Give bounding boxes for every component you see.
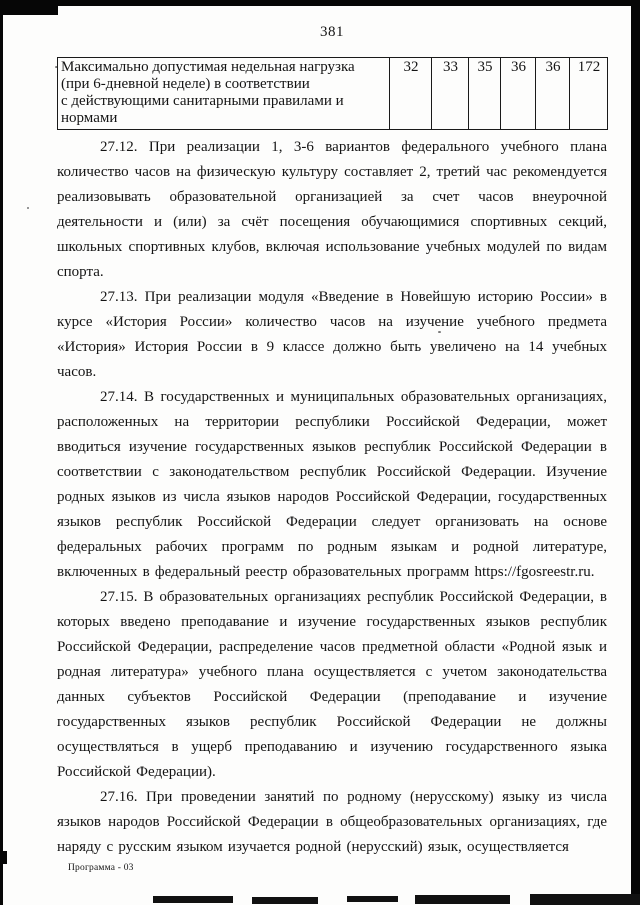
scan-edge-top-left xyxy=(0,0,58,15)
scan-edge-left xyxy=(0,0,3,905)
scan-edge-top xyxy=(0,0,640,6)
table-value-cell: 33 xyxy=(432,58,469,130)
footer-code: Программа - 03 xyxy=(68,863,134,873)
page-content: 381 Максимально допустимая недельная наг… xyxy=(57,24,607,860)
scan-edge-bottom-segment xyxy=(347,896,398,902)
table-value-cell: 36 xyxy=(501,58,536,130)
table-row: Максимально допустимая недельная нагрузк… xyxy=(58,58,608,130)
table-label-line: Максимально допустимая недельная нагрузк… xyxy=(61,59,387,76)
scan-edge-bottom-segment xyxy=(153,896,233,903)
table-value-cell: 172 xyxy=(570,58,608,130)
table-label-line: с действующими санитарными правилами и н… xyxy=(61,93,387,127)
page-number: 381 xyxy=(57,24,607,41)
scan-edge-bottom-segment xyxy=(252,897,318,904)
document-body: 27.12. При реализации 1, 3-6 вариантов ф… xyxy=(57,135,607,860)
scanned-document-page: { "page": { "number": "381", "footer": "… xyxy=(0,0,640,905)
paragraph-27-12: 27.12. При реализации 1, 3-6 вариантов ф… xyxy=(57,135,607,285)
table-label-line: (при 6-дневной неделе) в соответствии xyxy=(61,76,387,93)
table-value-cell: 35 xyxy=(469,58,501,130)
weekly-load-table: Максимально допустимая недельная нагрузк… xyxy=(57,57,608,130)
paragraph-27-15: 27.15. В образовательных организациях ре… xyxy=(57,585,607,785)
table-row-label-cell: Максимально допустимая недельная нагрузк… xyxy=(58,58,390,130)
scan-speckle xyxy=(27,207,29,209)
scan-notch-left xyxy=(0,851,7,864)
paragraph-27-16: 27.16. При проведении занятий по родному… xyxy=(57,785,607,860)
paragraph-27-13: 27.13. При реализации модуля «Введение в… xyxy=(57,285,607,385)
scan-edge-bottom-segment xyxy=(415,895,510,904)
scan-edge-right xyxy=(631,0,640,905)
table-value-cell: 36 xyxy=(536,58,570,130)
paragraph-27-14: 27.14. В государственных и муниципальных… xyxy=(57,385,607,585)
scan-edge-bottom-segment xyxy=(530,894,640,905)
table-value-cell: 32 xyxy=(390,58,432,130)
